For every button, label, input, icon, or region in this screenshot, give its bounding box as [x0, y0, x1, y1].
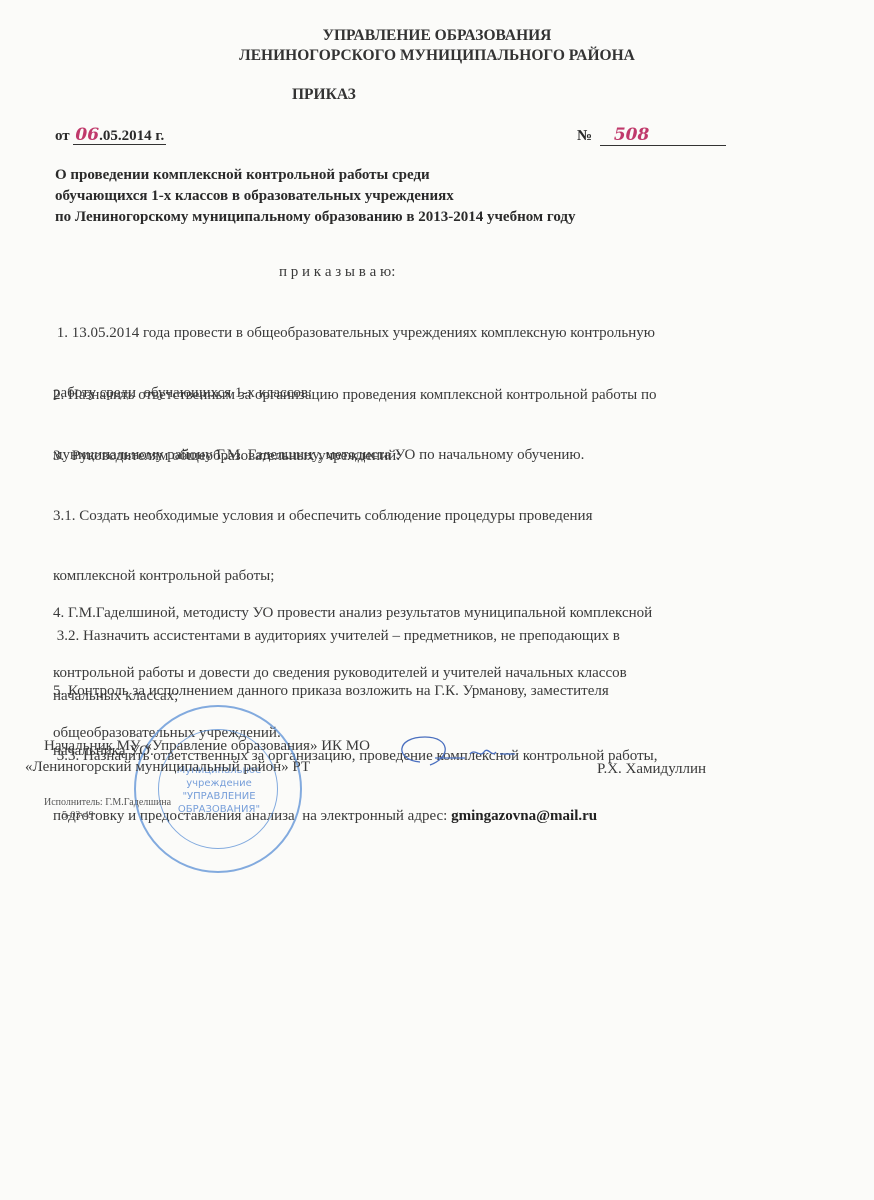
subject-line3: по Лениногорскому муниципальному образов… — [55, 207, 576, 228]
number-value: 508 — [600, 125, 726, 146]
date-line: от 06.05.2014 г. — [55, 125, 166, 145]
official-stamp: Муниципальное учреждение "УПРАВЛЕНИЕ ОБР… — [134, 705, 302, 873]
email-link[interactable]: gmingazovna@mail.ru — [451, 808, 597, 824]
org-name-line2: ЛЕНИНОГОРСКОГО МУНИЦИПАЛЬНОГО РАЙОНА — [0, 47, 874, 65]
org-name-line1: УПРАВЛЕНИЕ ОБРАЗОВАНИЯ — [0, 27, 874, 45]
date-value: 06.05.2014 г. — [73, 128, 166, 145]
date-prefix: от — [55, 128, 70, 144]
subject-block: О проведении комплексной контрольной раб… — [55, 165, 576, 228]
date-day-handwritten: 06 — [75, 125, 99, 145]
number-line: № 508 — [577, 125, 726, 146]
number-handwritten: 508 — [614, 125, 650, 145]
signature-scribble-icon — [390, 732, 520, 774]
order-word: п р и к а з ы в а ю: — [279, 262, 395, 282]
executor-phone: 5-03-49 — [62, 810, 94, 821]
signature-position-line1: Начальник МУ «Управление образования» ИК… — [44, 736, 370, 756]
subject-line1: О проведении комплексной контрольной раб… — [55, 165, 576, 186]
date-rest: .05.2014 г. — [99, 128, 164, 144]
doc-type-title: ПРИКАЗ — [292, 86, 356, 104]
number-label: № — [577, 128, 592, 144]
signature-position-line2: «Лениногорский муниципальный район» РТ — [25, 757, 310, 777]
subject-line2: обучающихся 1-х классов в образовательны… — [55, 186, 576, 207]
signatory-name: Р.Х. Хамидуллин — [597, 759, 706, 779]
executor: Исполнитель: Г.М.Гаделшина — [44, 797, 171, 808]
